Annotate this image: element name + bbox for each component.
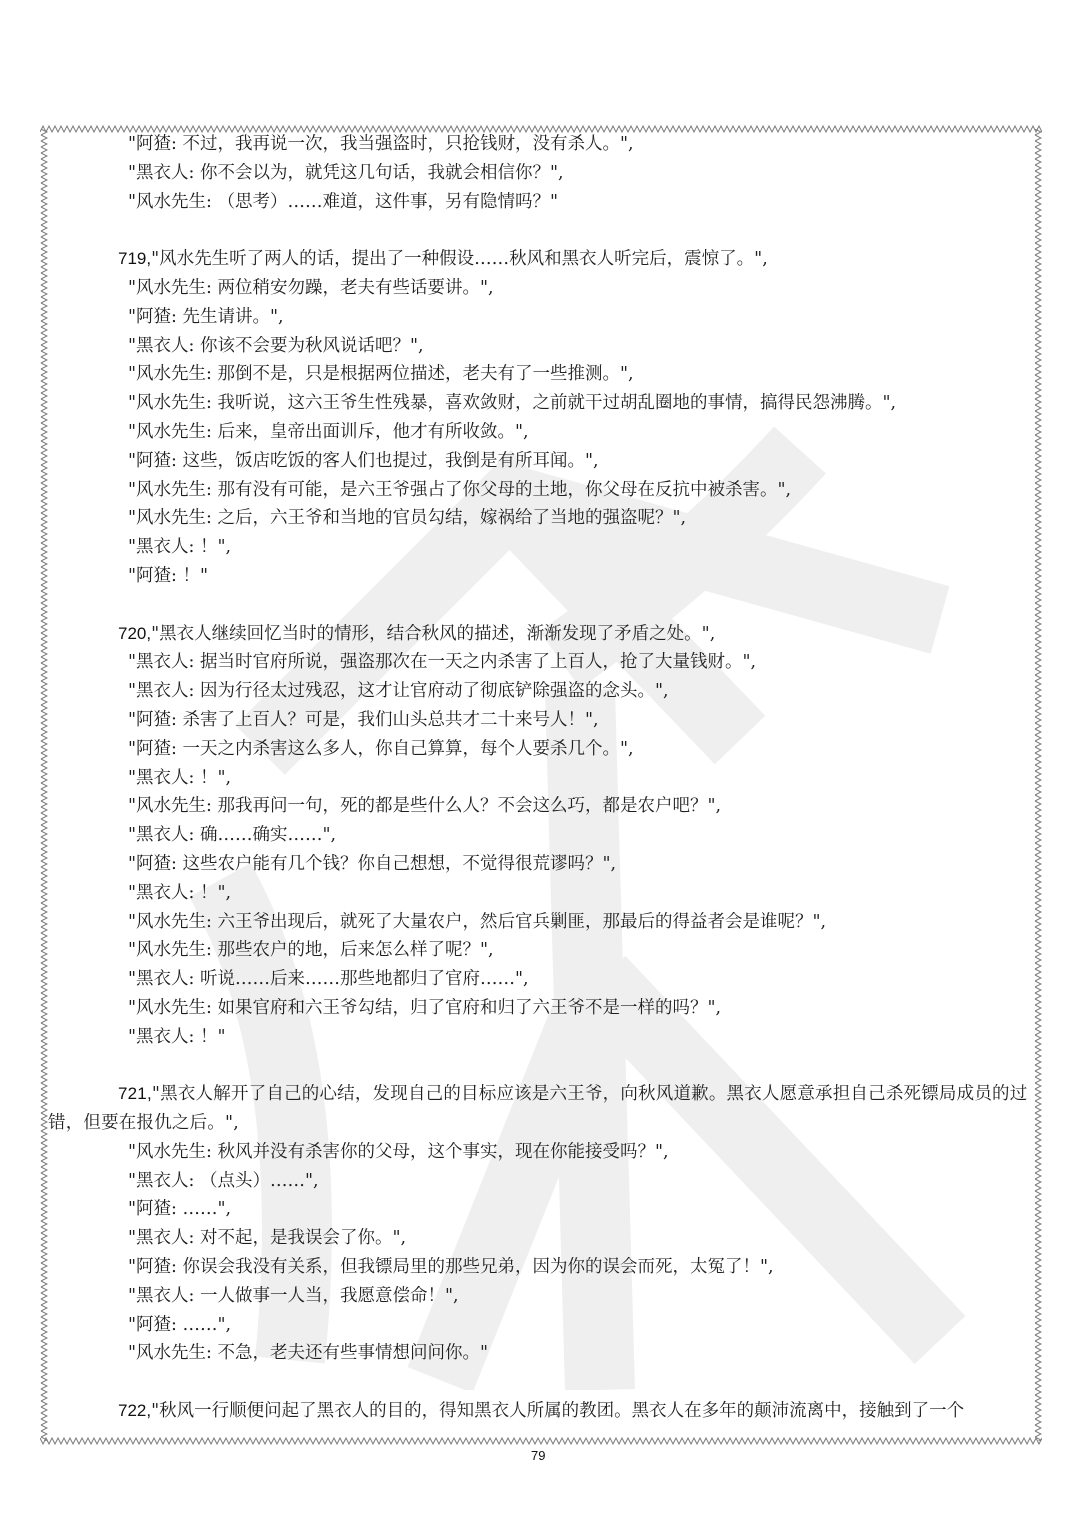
dialogue-line: "黑衣人: 你不会以为，就凭这几句话，我就会相信你？",	[48, 159, 1033, 188]
dialogue-line: "风水先生: 我听说，这六王爷生性残暴，喜欢敛财，之前就干过胡乱圈地的事情，搞得…	[48, 389, 1033, 418]
dialogue-line: "黑衣人: 你该不会要为秋风说话吧？",	[48, 332, 1033, 361]
section-number: 719,	[118, 249, 151, 268]
dialogue-line: "风水先生: （思考）……难道，这件事，另有隐情吗？"	[48, 188, 1033, 217]
dialogue-line: "阿猹: ……",	[48, 1311, 1033, 1340]
dialogue-line: "风水先生: 秋风并没有杀害你的父母，这个事实，现在你能接受吗？",	[48, 1138, 1033, 1167]
dialogue-line: "风水先生: 那有没有可能，是六王爷强占了你父母的土地，你父母在反抗中被杀害。"…	[48, 476, 1033, 505]
border-right	[1034, 129, 1042, 1441]
dialogue-line: "风水先生: 那我再问一句，死的都是些什么人？不会这么巧，都是农户吧？",	[48, 792, 1033, 821]
document-body: "阿猹: 不过，我再说一次，我当强盗时，只抢钱财，没有杀人。", "黑衣人: 你…	[48, 130, 1033, 1426]
border-bottom	[40, 1437, 1042, 1445]
dialogue-line: "阿猹: 先生请讲。",	[48, 303, 1033, 332]
dialogue-line: "风水先生: 之后，六王爷和当地的官员勾结，嫁祸给了当地的强盗呢？",	[48, 504, 1033, 533]
dialogue-line: "阿猹: ……",	[48, 1195, 1033, 1224]
dialogue-line: "黑衣人: 因为行径太过残忍，这才让官府动了彻底铲除强盗的念头。",	[48, 677, 1033, 706]
dialogue-line: "风水先生: 如果官府和六王爷勾结，归了官府和归了六王爷不是一样的吗？",	[48, 994, 1033, 1023]
dialogue-line: "黑衣人: 确……确实……",	[48, 821, 1033, 850]
section-intro: "黑衣人解开了自己的心结，发现自己的目标应该是六王爷，向秋风道歉。黑衣人愿意承担…	[48, 1084, 1027, 1133]
dialogue-line: "阿猹: 这些，饭店吃饭的客人们也提过，我倒是有所耳闻。",	[48, 447, 1033, 476]
section-intro: "黑衣人继续回忆当时的情形，结合秋风的描述，渐渐发现了矛盾之处。",	[151, 624, 715, 644]
section-719: 719,"风水先生听了两人的话，提出了一种假设……秋风和黑衣人听完后，震惊了。"…	[48, 245, 1033, 591]
dialogue-line: "黑衣人: ！",	[48, 533, 1033, 562]
section-number: 722,	[118, 1401, 151, 1420]
section-heading: 722,"秋风一行顺便问起了黑衣人的目的，得知黑衣人所属的教团。黑衣人在多年的颠…	[48, 1397, 1033, 1426]
dialogue-line: "阿猹: 这些农户能有几个钱？你自己想想，不觉得很荒谬吗？",	[48, 850, 1033, 879]
section-720: 720,"黑衣人继续回忆当时的情形，结合秋风的描述，渐渐发现了矛盾之处。", "…	[48, 620, 1033, 1052]
section-heading: 720,"黑衣人继续回忆当时的情形，结合秋风的描述，渐渐发现了矛盾之处。",	[48, 620, 1033, 649]
section-number: 720,	[118, 624, 151, 643]
dialogue-line: "风水先生: 后来，皇帝出面训斥，他才有所收敛。",	[48, 418, 1033, 447]
dialogue-line: "风水先生: 六王爷出现后，就死了大量农户，然后官兵剿匪，那最后的得益者会是谁呢…	[48, 908, 1033, 937]
dialogue-line: "风水先生: 那些农户的地，后来怎么样了呢？",	[48, 936, 1033, 965]
dialogue-line: "阿猹: 杀害了上百人？可是，我们山头总共才二十来号人！",	[48, 706, 1033, 735]
dialogue-line: "阿猹: 不过，我再说一次，我当强盗时，只抢钱财，没有杀人。",	[48, 130, 1033, 159]
section-continuation: "阿猹: 不过，我再说一次，我当强盗时，只抢钱财，没有杀人。", "黑衣人: 你…	[48, 130, 1033, 216]
section-heading: 721,"黑衣人解开了自己的心结，发现自己的目标应该是六王爷，向秋风道歉。黑衣人…	[48, 1080, 1033, 1138]
section-heading: 719,"风水先生听了两人的话，提出了一种假设……秋风和黑衣人听完后，震惊了。"…	[48, 245, 1033, 274]
dialogue-line: "黑衣人: （点头）……",	[48, 1167, 1033, 1196]
section-intro: "风水先生听了两人的话，提出了一种假设……秋风和黑衣人听完后，震惊了。",	[151, 249, 768, 269]
section-intro: "秋风一行顺便问起了黑衣人的目的，得知黑衣人所属的教团。黑衣人在多年的颠沛流离中…	[151, 1401, 964, 1421]
dialogue-line: "风水先生: 那倒不是，只是根据两位描述，老夫有了一些推测。",	[48, 360, 1033, 389]
dialogue-line: "黑衣人: 据当时官府所说，强盗那次在一天之内杀害了上百人，抢了大量钱财。",	[48, 648, 1033, 677]
page-number: 79	[531, 1448, 545, 1463]
section-721: 721,"黑衣人解开了自己的心结，发现自己的目标应该是六王爷，向秋风道歉。黑衣人…	[48, 1080, 1033, 1368]
dialogue-line: "阿猹: 一天之内杀害这么多人，你自己算算，每个人要杀几个。",	[48, 735, 1033, 764]
dialogue-line: "黑衣人: ！",	[48, 879, 1033, 908]
dialogue-line: "黑衣人: 对不起，是我误会了你。",	[48, 1224, 1033, 1253]
dialogue-line: "阿猹: ！"	[48, 562, 1033, 591]
border-left	[40, 129, 48, 1441]
dialogue-line: "黑衣人: 听说……后来……那些地都归了官府……",	[48, 965, 1033, 994]
section-722: 722,"秋风一行顺便问起了黑衣人的目的，得知黑衣人所属的教团。黑衣人在多年的颠…	[48, 1397, 1033, 1426]
section-number: 721,	[118, 1084, 152, 1103]
dialogue-line: "阿猹: 你误会我没有关系，但我镖局里的那些兄弟，因为你的误会而死，太冤了！",	[48, 1253, 1033, 1282]
dialogue-line: "黑衣人: ！",	[48, 764, 1033, 793]
dialogue-line: "风水先生: 不急，老夫还有些事情想问问你。"	[48, 1339, 1033, 1368]
dialogue-line: "风水先生: 两位稍安勿躁，老夫有些话要讲。",	[48, 274, 1033, 303]
dialogue-line: "黑衣人: 一人做事一人当，我愿意偿命！",	[48, 1282, 1033, 1311]
dialogue-line: "黑衣人: ！"	[48, 1023, 1033, 1052]
